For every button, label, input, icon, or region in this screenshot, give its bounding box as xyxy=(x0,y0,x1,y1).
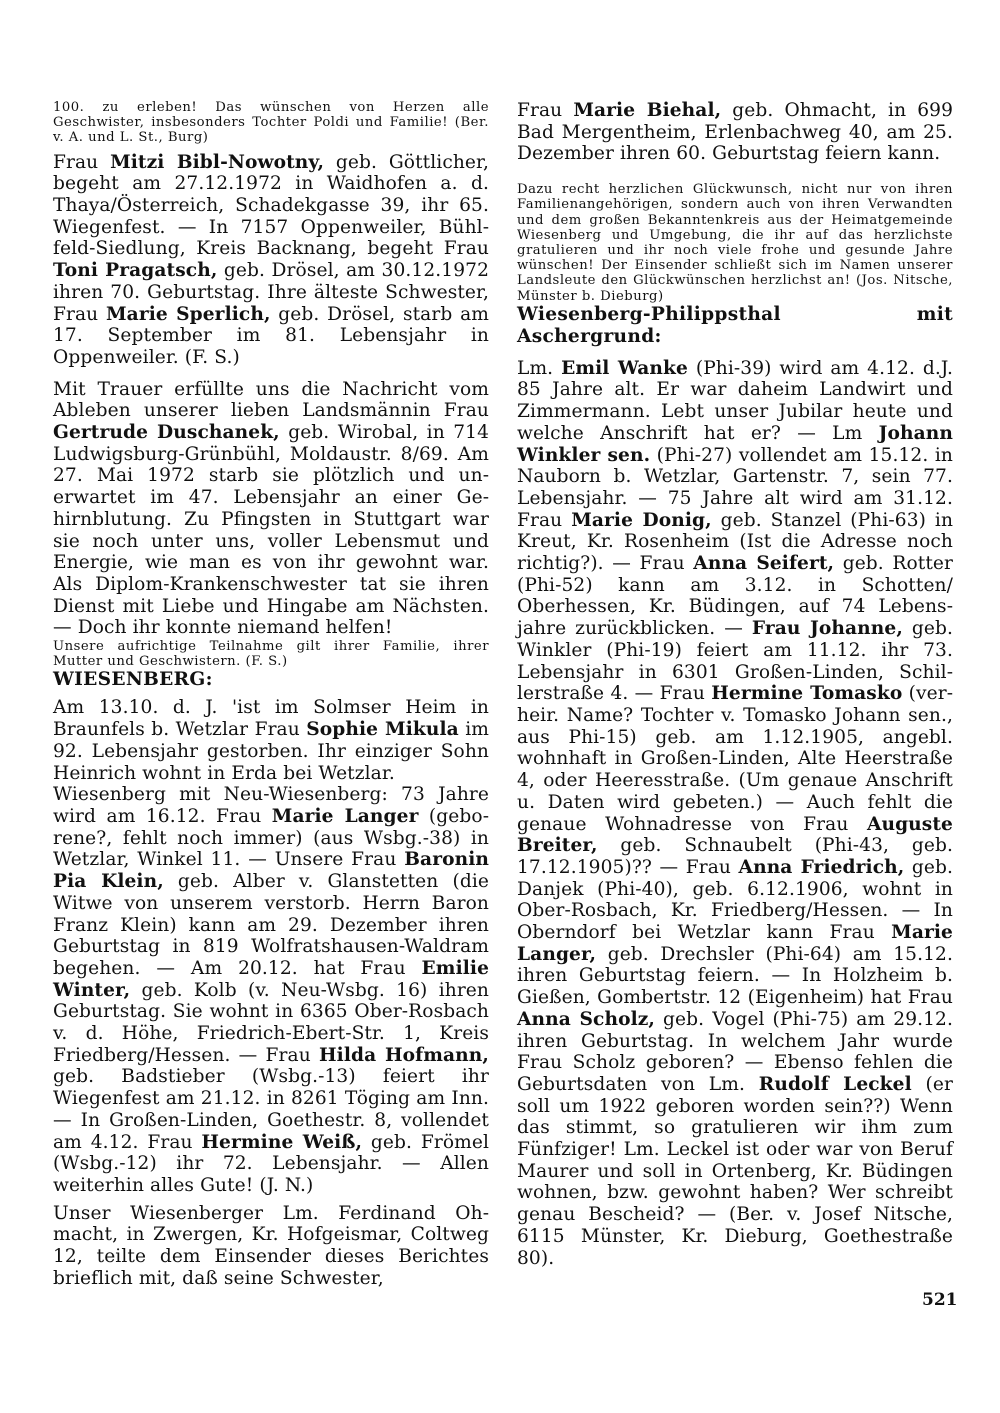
person-name: Hermine Weiß, xyxy=(201,1132,362,1153)
paragraph-wiesenberg-birthdays: Wiesenberg mit Neu-Wiesenberg: 73 Jahre … xyxy=(53,784,489,1196)
paragraph-birthday-wishes-end: 100. zu erleben! Das wünschen von Herzen… xyxy=(53,100,489,146)
paragraph-philippsthal-birthdays: Lm. Emil Wanke (Phi-39) wird am 4.12. d.… xyxy=(517,358,953,1270)
paragraph-condolences: Unsere aufrichtige Teilnahme gilt ihrer … xyxy=(53,639,489,669)
section-heading-wiesenberg: WIESENBERG: xyxy=(53,669,489,691)
text-run: Lm. xyxy=(517,358,561,379)
person-name: Toni Pragatsch, xyxy=(53,260,217,281)
text-run: (er soll um 1922 geboren worden sein??) … xyxy=(517,1074,953,1269)
person-name: Rudolf Leckel xyxy=(759,1074,912,1095)
paragraph-bibl-nowotny-pragatsch: Frau Mitzi Bibl-Nowotny, geb. Göttlicher… xyxy=(53,152,489,369)
paragraph-ohmacht-letter: Unser Wiesenberger Lm. Ferdinand Oh­mach… xyxy=(53,1203,489,1290)
text-run: (ver­heir. Name? Tochter v. Tomasko Joha… xyxy=(517,683,953,834)
text-run: Frau xyxy=(53,152,110,173)
left-column: 100. zu erleben! Das wünschen von Herzen… xyxy=(53,100,489,1289)
page-number: 521 xyxy=(922,1290,958,1310)
person-name: Marie Biehal, xyxy=(573,100,721,121)
person-name: Hilda Hofmann, xyxy=(319,1045,489,1066)
person-name: Sophie Mikula xyxy=(306,719,459,740)
person-name: Mitzi Bibl-Nowotny, xyxy=(110,152,324,173)
paragraph-biehal-birthday: Frau Marie Biehal, geb. Ohmacht, in 699 … xyxy=(517,100,953,165)
text-run: geb. Wirobal, in 714 Ludwigsburg-Grünbüh… xyxy=(53,422,489,638)
person-name: Anna Friedrich, xyxy=(739,857,905,878)
right-column: Frau Marie Biehal, geb. Ohmacht, in 699 … xyxy=(517,100,953,1269)
person-name: Marie Langer xyxy=(272,806,419,827)
person-name: Anna Scholz, xyxy=(517,1009,655,1030)
text-run: Frau xyxy=(517,100,573,121)
section-heading-philippsthal: Wiesenberg-Philippsthal mit Aschergrund: xyxy=(517,304,953,348)
paragraph-obituary-duschanek: Mit Trauer erfüllte uns die Nachricht vo… xyxy=(53,379,489,639)
person-name: Frau Johanne, xyxy=(752,618,903,639)
person-name: Marie Donig, xyxy=(571,510,712,531)
paragraph-obituary-mikula: Am 13.10. d. J. 'ist im Solmser Heim in … xyxy=(53,697,489,784)
person-name: Gertrude Duschanek, xyxy=(53,422,280,443)
person-name: Anna Seifert, xyxy=(693,553,834,574)
paragraph-congratulations: Dazu recht herzlichen Glückwunsch, nicht… xyxy=(517,182,953,304)
person-name: Emil Wanke xyxy=(561,358,688,379)
person-name: Hermine Tomasko xyxy=(711,683,902,704)
person-name: Marie Sperlich, xyxy=(106,304,271,325)
text-run: Mit Trauer erfüllte uns die Nachricht vo… xyxy=(53,379,489,422)
document-page: 100. zu erleben! Das wünschen von Herzen… xyxy=(0,0,1000,1413)
